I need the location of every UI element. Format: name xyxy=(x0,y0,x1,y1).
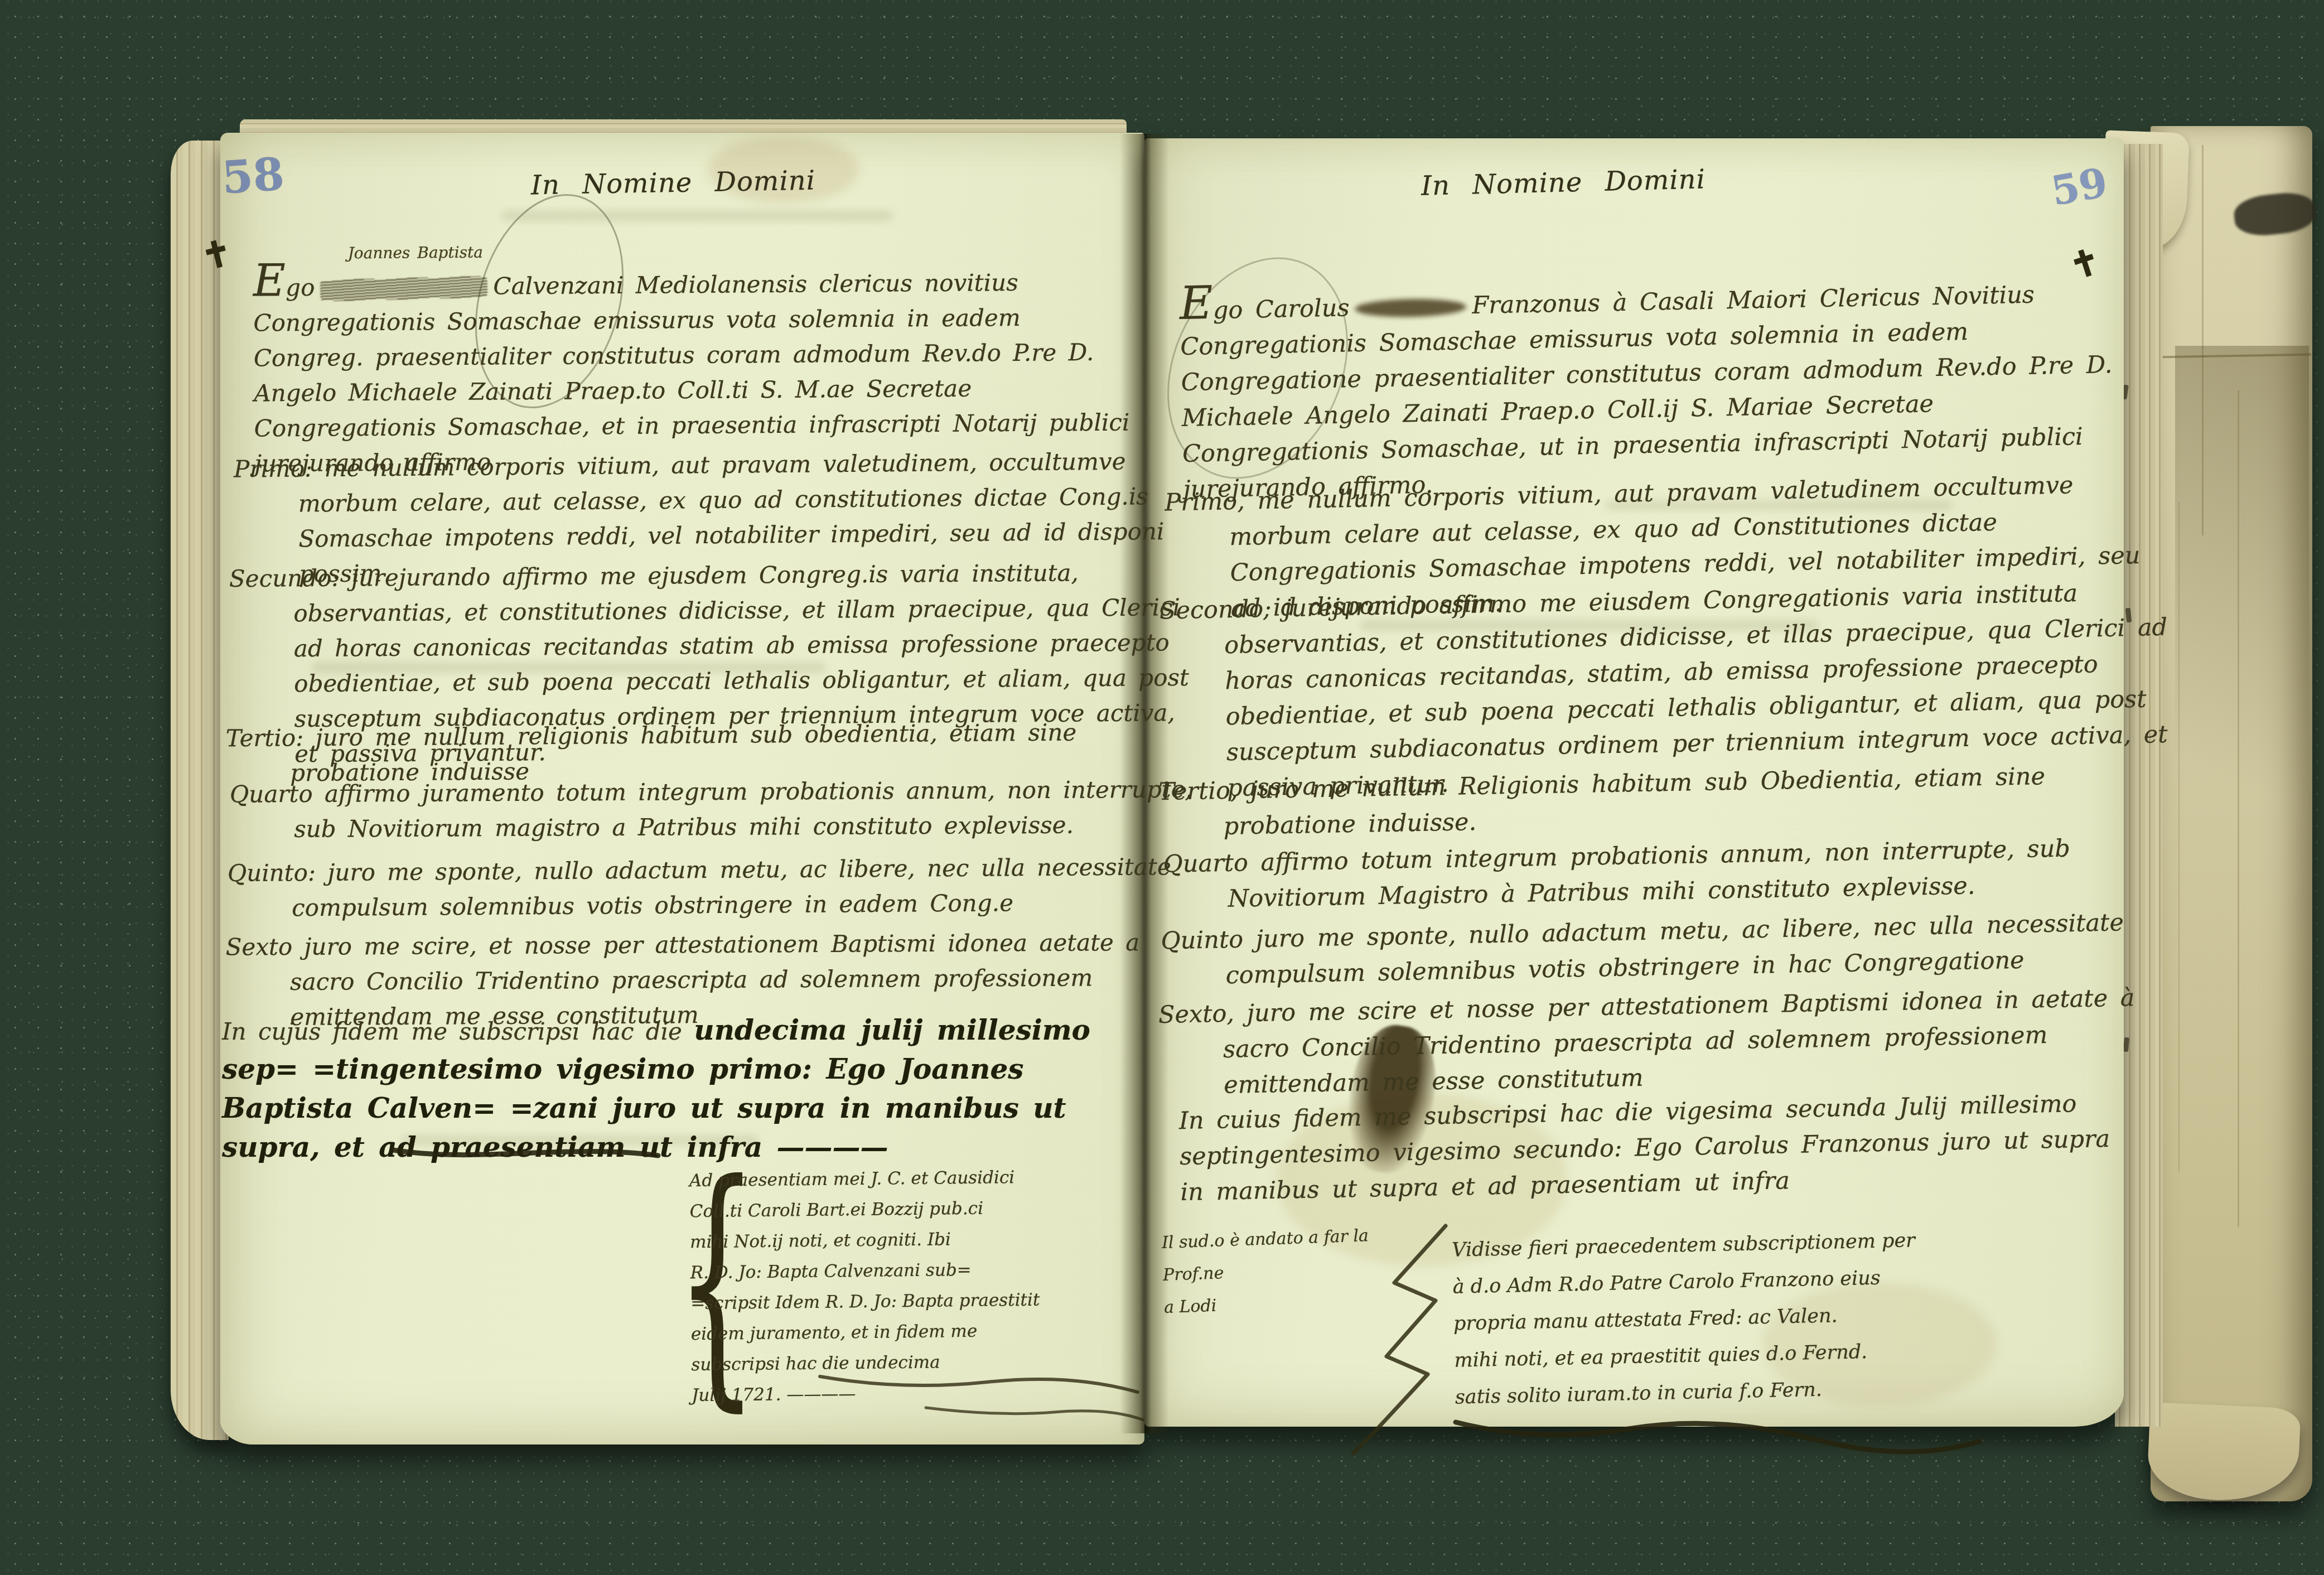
clause-text: juro me sponte, nullo adactum metu, ac l… xyxy=(292,853,1171,921)
clause-label: Sexto xyxy=(226,933,293,961)
inserted-name: Joannes Baptista xyxy=(347,235,483,271)
parchment-crease xyxy=(2238,390,2239,1227)
clause-label: Tertio: xyxy=(226,724,304,752)
parchment-crease xyxy=(2202,145,2204,535)
page-number-59: 59 xyxy=(2047,158,2110,215)
clause-label: Primo: xyxy=(234,455,312,482)
right-notary-block: Vidisse fieri praecedentem subscriptione… xyxy=(1452,1218,2130,1415)
notary-line: R. D. Jo: Bapta Calvenzani sub= xyxy=(690,1253,1143,1289)
struck-name-smudge xyxy=(1355,298,1467,318)
parchment-shadow xyxy=(2175,346,2309,1071)
notary-line: subscripsi hac die undecima xyxy=(691,1345,1144,1381)
page-number-58: 58 xyxy=(220,147,286,204)
right-closing: In cuius fidem me subscripsi hac die vig… xyxy=(1178,1085,2117,1210)
right-margin-note: Il sud.o è andato a far la Prof.ne a Lod… xyxy=(1161,1218,1421,1324)
clause-text: juro me sponte, nullo adactum metu, ac l… xyxy=(1225,909,2124,989)
clause-label: Quarto xyxy=(1163,849,1248,878)
right-clause-sexto: Sexto, juro me scire et nosse per attest… xyxy=(1158,979,2175,1104)
clause-label: Secondo; xyxy=(1159,595,1272,625)
notary-line: Julij 1721. ———— xyxy=(692,1376,1145,1412)
clause-label: Primo, xyxy=(1165,487,1245,517)
clause-label: Quarto xyxy=(230,780,313,808)
left-header: In Nomine Domini xyxy=(531,165,816,201)
clause-label: Quinto: xyxy=(228,859,316,887)
showthrough-line xyxy=(502,211,892,221)
clause-label: Tertio, xyxy=(1158,776,1238,805)
clause-text: affirmo juramento totum integrum probati… xyxy=(294,776,1192,843)
left-notary-block: Ad praesentiam mei J. C. et Causidici Co… xyxy=(689,1161,1145,1411)
closing-start: In cujus fidem me subscripsi hac die xyxy=(222,1018,682,1045)
manuscript-photo: 58 59 In Nomine Domini In Nomine Domini … xyxy=(0,0,2324,1575)
notary-line: mihi Not.ij noti, et cogniti. Ibi xyxy=(690,1223,1143,1258)
notary-line: =scripsit Idem R. D. Jo: Bapta praestiti… xyxy=(690,1284,1144,1320)
notary-line: eidem juramento, et in fidem me xyxy=(691,1315,1144,1350)
struck-name-scribble xyxy=(320,276,488,301)
clause-label: Sexto, xyxy=(1158,1000,1235,1029)
left-clause-quinto: Quinto: juro me sponte, nullo adactum me… xyxy=(228,849,1201,926)
opening-prefix: Ego Carolus xyxy=(1179,278,1350,329)
margin-note-line: Il sud.o è andato a far la Prof.ne xyxy=(1161,1218,1420,1292)
clause-label: Quinto xyxy=(1161,926,1243,955)
notary-line: Ad praesentiam mei J. C. et Causidici xyxy=(689,1161,1143,1197)
clause-text: affirmo totum integrum probationis annum… xyxy=(1228,834,2070,912)
notary-line: Coll.ti Caroli Bart.ei Bozzij pub.ci xyxy=(689,1192,1143,1228)
clause-text: juro me nullum Religionis habitum sub Ob… xyxy=(1223,762,2045,840)
left-clause-quarto: Quarto affirmo juramento totum integrum … xyxy=(230,771,1204,847)
opening-prefix: Ego xyxy=(253,258,315,306)
clause-label: Secundo: xyxy=(229,564,340,592)
clause-text: juro me scire et nosse per attestationem… xyxy=(1223,984,2135,1099)
